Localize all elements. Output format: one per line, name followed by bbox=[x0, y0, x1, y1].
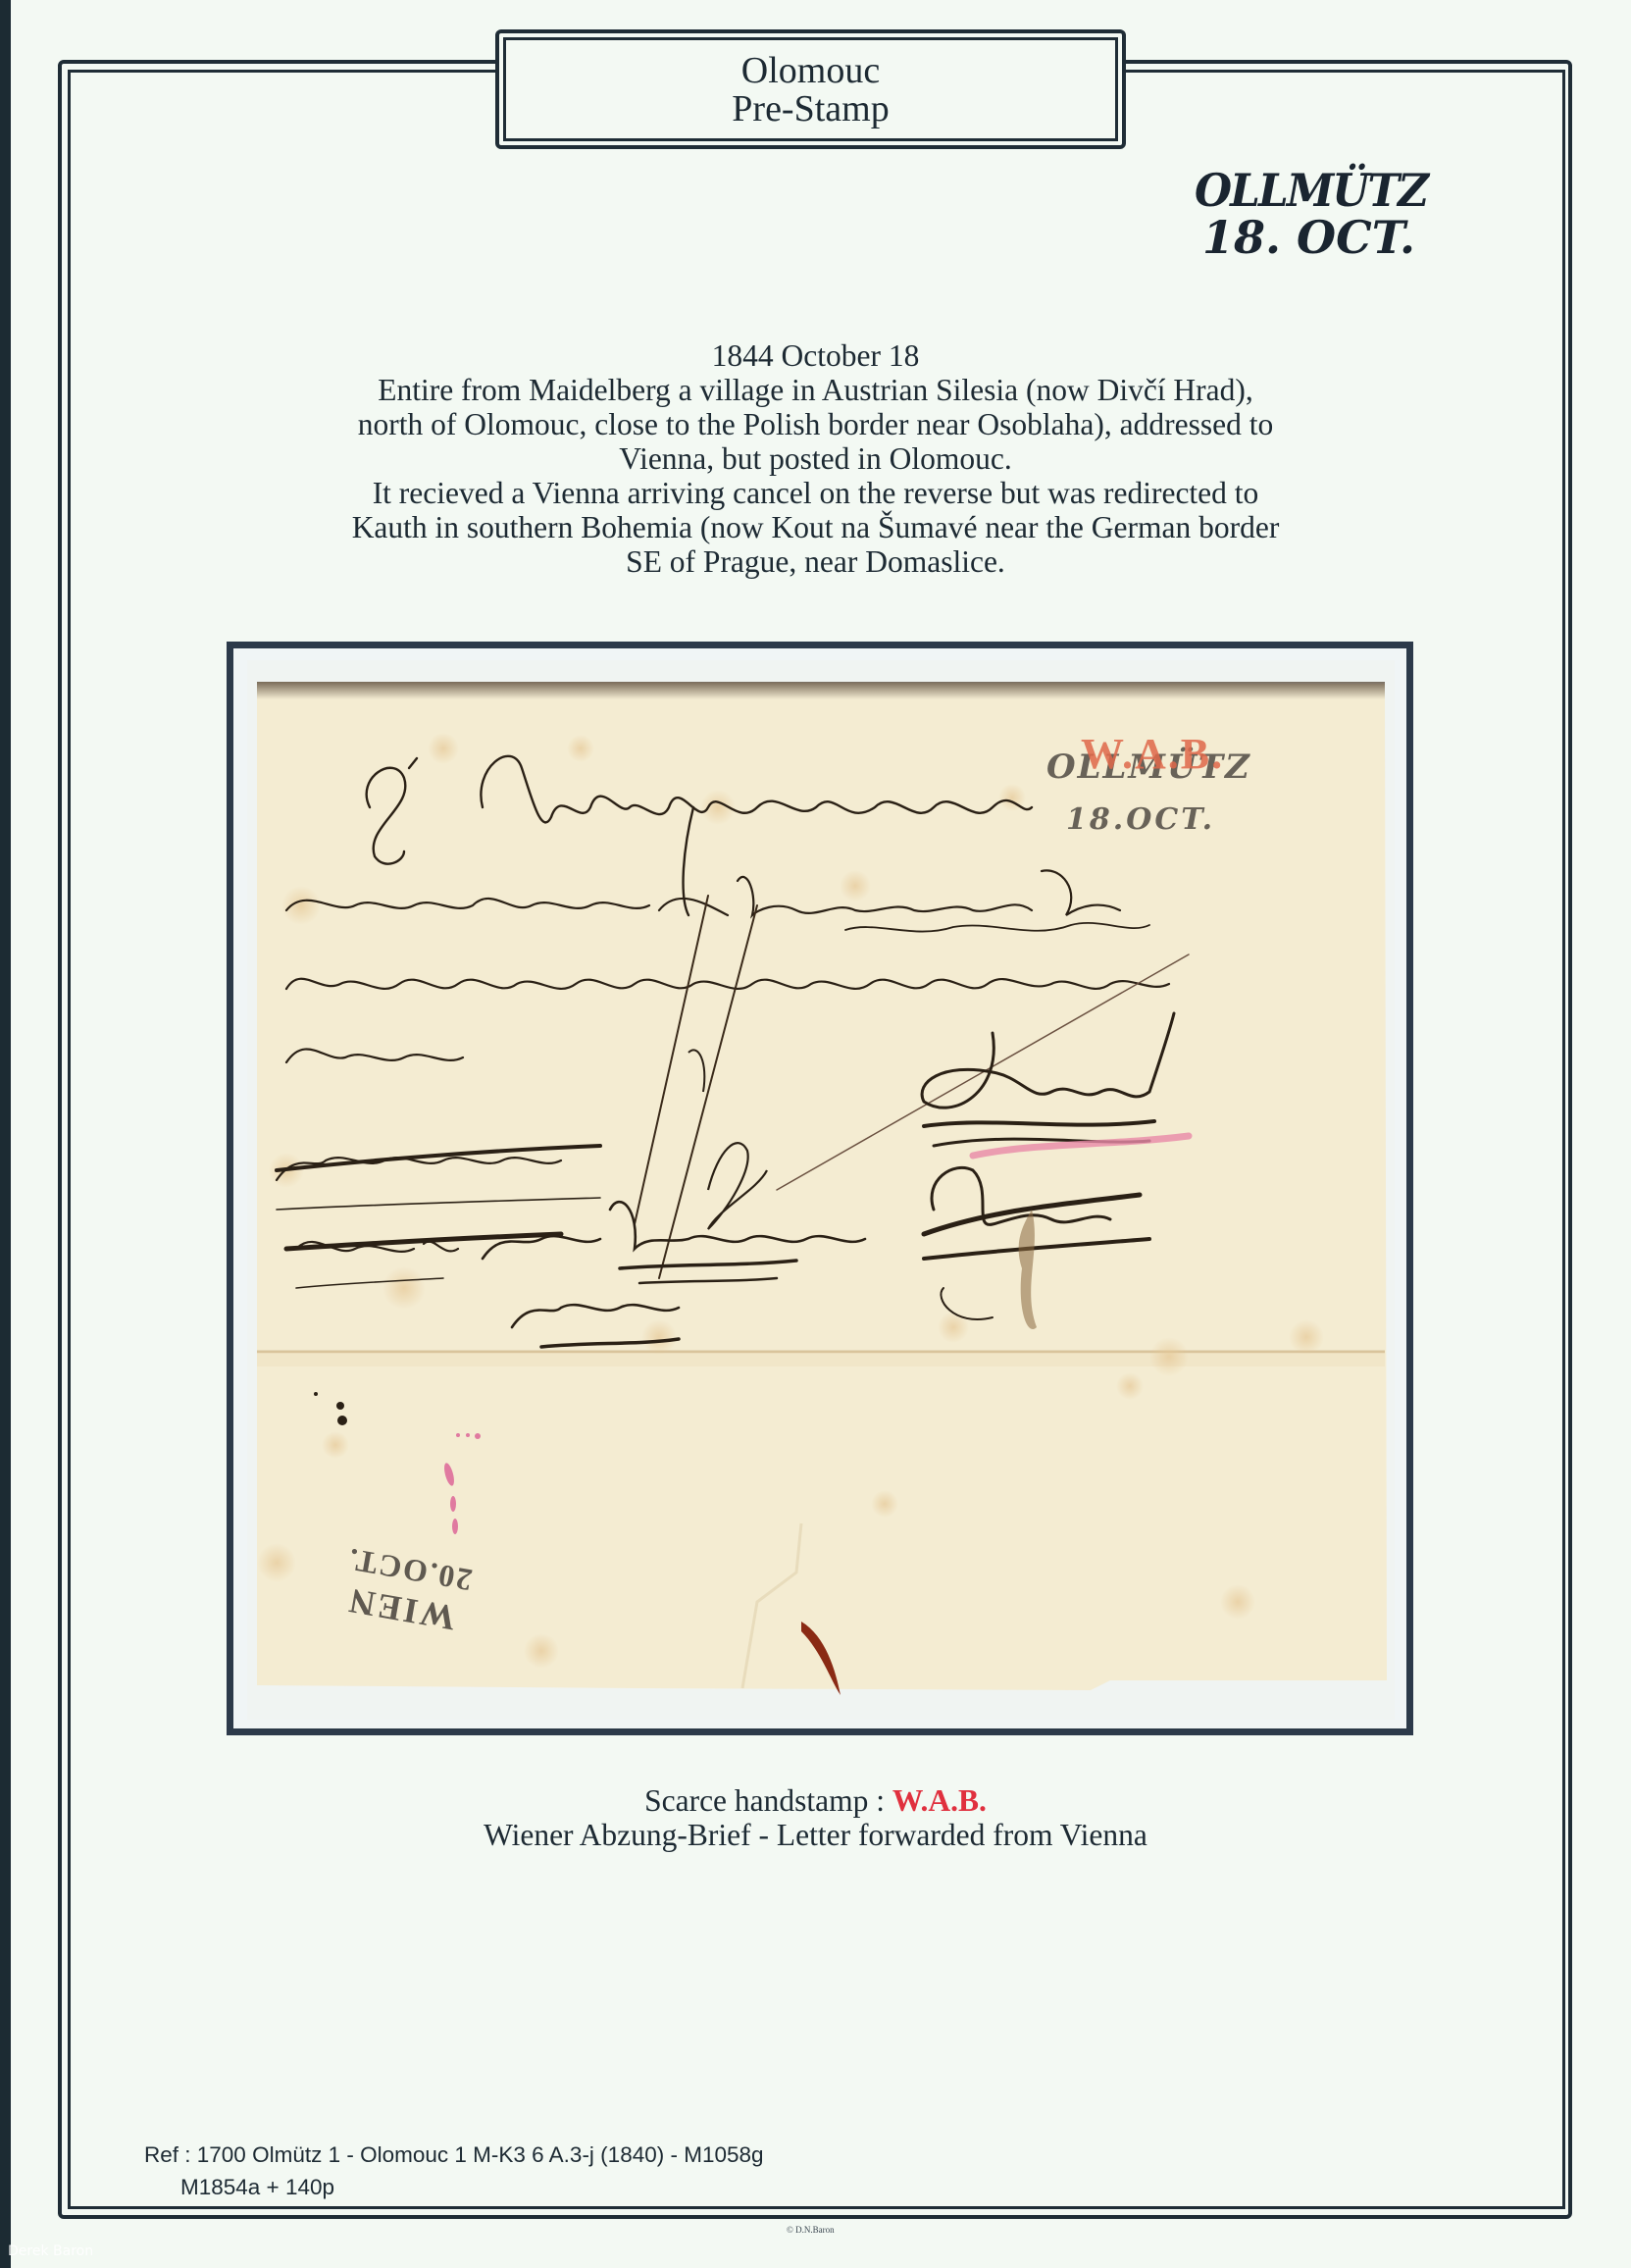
caption: Scarce handstamp : W.A.B. Wiener Abzung-… bbox=[196, 1783, 1435, 1852]
reference-line-2: M1854a + 140p bbox=[144, 2171, 764, 2203]
caption-prefix: Scarce handstamp : bbox=[644, 1783, 892, 1818]
reference: Ref : 1700 Olmütz 1 - Olomouc 1 M-K3 6 A… bbox=[144, 2139, 764, 2203]
description-line: Entire from Maidelberg a village in Aust… bbox=[196, 373, 1435, 407]
title-box-inner: Olomouc Pre-Stamp bbox=[503, 37, 1118, 141]
description-line: It recieved a Vienna arriving cancel on … bbox=[196, 476, 1435, 510]
description-line: SE of Prague, near Domaslice. bbox=[196, 544, 1435, 579]
copyright: © D.N.Baron bbox=[787, 2225, 835, 2235]
page-title: Olomouc bbox=[506, 52, 1115, 89]
svg-text:W.A.B.: W.A.B. bbox=[1081, 730, 1224, 778]
description-line: Kauth in southern Bohemia (now Kout na Š… bbox=[196, 510, 1435, 544]
description-line: Vienna, but posted in Olomouc. bbox=[196, 441, 1435, 476]
description-date: 1844 October 18 bbox=[196, 338, 1435, 373]
svg-text:18.OCT.: 18.OCT. bbox=[1066, 802, 1215, 837]
scan-edge-strip bbox=[0, 0, 11, 2268]
postmark-town: OLLMÜTZ bbox=[1195, 167, 1427, 214]
watermark: Derek Baron bbox=[8, 2243, 93, 2259]
letter-image: OLLMÜTZ 18.OCT. W.A.B. bbox=[247, 660, 1395, 1720]
description-line: north of Olomouc, close to the Polish bo… bbox=[196, 407, 1435, 441]
caption-line-1: Scarce handstamp : W.A.B. bbox=[196, 1783, 1435, 1818]
postmark-replica: OLLMÜTZ 18. OCT. bbox=[1195, 167, 1440, 261]
reference-line-1: Ref : 1700 Olmütz 1 - Olomouc 1 M-K3 6 A… bbox=[144, 2139, 764, 2171]
page-subtitle: Pre-Stamp bbox=[506, 89, 1115, 129]
postmark-date: 18. OCT. bbox=[1195, 214, 1440, 261]
caption-highlight: W.A.B. bbox=[892, 1783, 987, 1818]
description: 1844 October 18 Entire from Maidelberg a… bbox=[196, 338, 1435, 579]
caption-line-2: Wiener Abzung-Brief - Letter forwarded f… bbox=[196, 1818, 1435, 1852]
